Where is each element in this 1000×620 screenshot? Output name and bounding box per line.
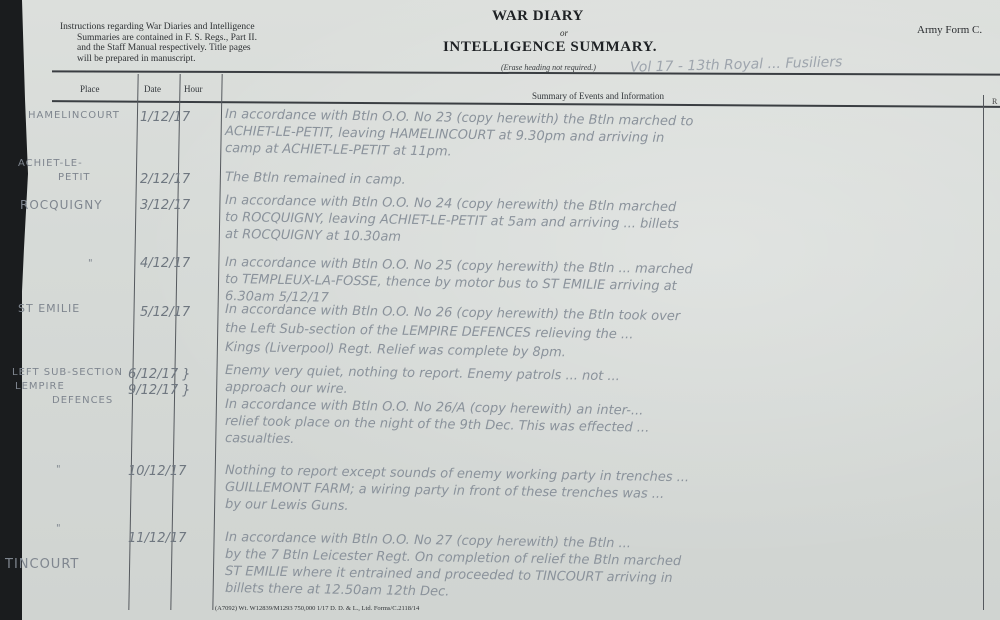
entry-place: " [88, 258, 94, 269]
instruction-line: will be prepared in manuscript. [60, 54, 320, 65]
instruction-line: and the Staff Manual respectively. Title… [60, 43, 320, 54]
entry-place: LEMPIRE [15, 381, 65, 392]
entry-place: ST EMILIE [18, 302, 80, 315]
entry-summary-line: The Btln remained in camp. [225, 170, 406, 188]
column-divider [983, 95, 984, 610]
column-header-place: Place [80, 84, 100, 94]
entry-summary-line: at ROCQUIGNY at 10.30am [225, 227, 401, 245]
instruction-line: Summaries are contained in F. S. Regs., … [60, 33, 320, 44]
column-header-remarks: R [992, 97, 997, 106]
column-header-date: Date [144, 84, 161, 94]
entry-place: ROCQUIGNY [20, 198, 103, 212]
title-war-diary: WAR DIARY [492, 8, 584, 25]
entry-place: PETIT [58, 172, 91, 183]
entry-place: ACHIET-LE- [18, 158, 83, 169]
army-form-label: Army Form C. [917, 24, 982, 36]
instruction-line: Instructions regarding War Diaries and I… [60, 22, 320, 33]
entry-place: TINCOURT [5, 557, 79, 572]
entry-date: 4/12/17 [140, 256, 190, 271]
form-instructions: Instructions regarding War Diaries and I… [60, 22, 320, 64]
entry-date: 3/12/17 [140, 198, 190, 213]
entry-summary-line: casualties. [225, 431, 295, 447]
entry-date: 1/12/17 [140, 110, 190, 125]
entry-date: 6/12/17 } [128, 367, 191, 382]
print-footer: (A7092) Wt. W12839/M1293 750,000 1/17 D.… [215, 605, 419, 612]
entry-place: HAMELINCOURT [28, 110, 120, 121]
entry-summary-line: approach our wire. [225, 380, 348, 397]
title-intelligence-summary: INTELLIGENCE SUMMARY. [443, 39, 657, 56]
column-header-summary: Summary of Events and Information [532, 91, 664, 101]
entry-place: " [56, 523, 62, 534]
entry-date: 10/12/17 [128, 464, 186, 479]
title-or: or [560, 28, 568, 38]
entry-place: LEFT SUB-SECTION [12, 367, 123, 378]
entry-date: 11/12/17 [128, 531, 186, 546]
entry-date: 9/12/17 } [128, 383, 191, 398]
entry-date: 2/12/17 [140, 172, 190, 187]
column-header-hour: Hour [184, 84, 203, 94]
erase-note: (Erase heading not required.) [501, 63, 596, 72]
entry-summary-line: by our Lewis Guns. [225, 497, 349, 514]
entry-date: 5/12/17 [140, 305, 190, 320]
entry-place: DEFENCES [52, 395, 113, 406]
entry-place: " [56, 464, 62, 475]
